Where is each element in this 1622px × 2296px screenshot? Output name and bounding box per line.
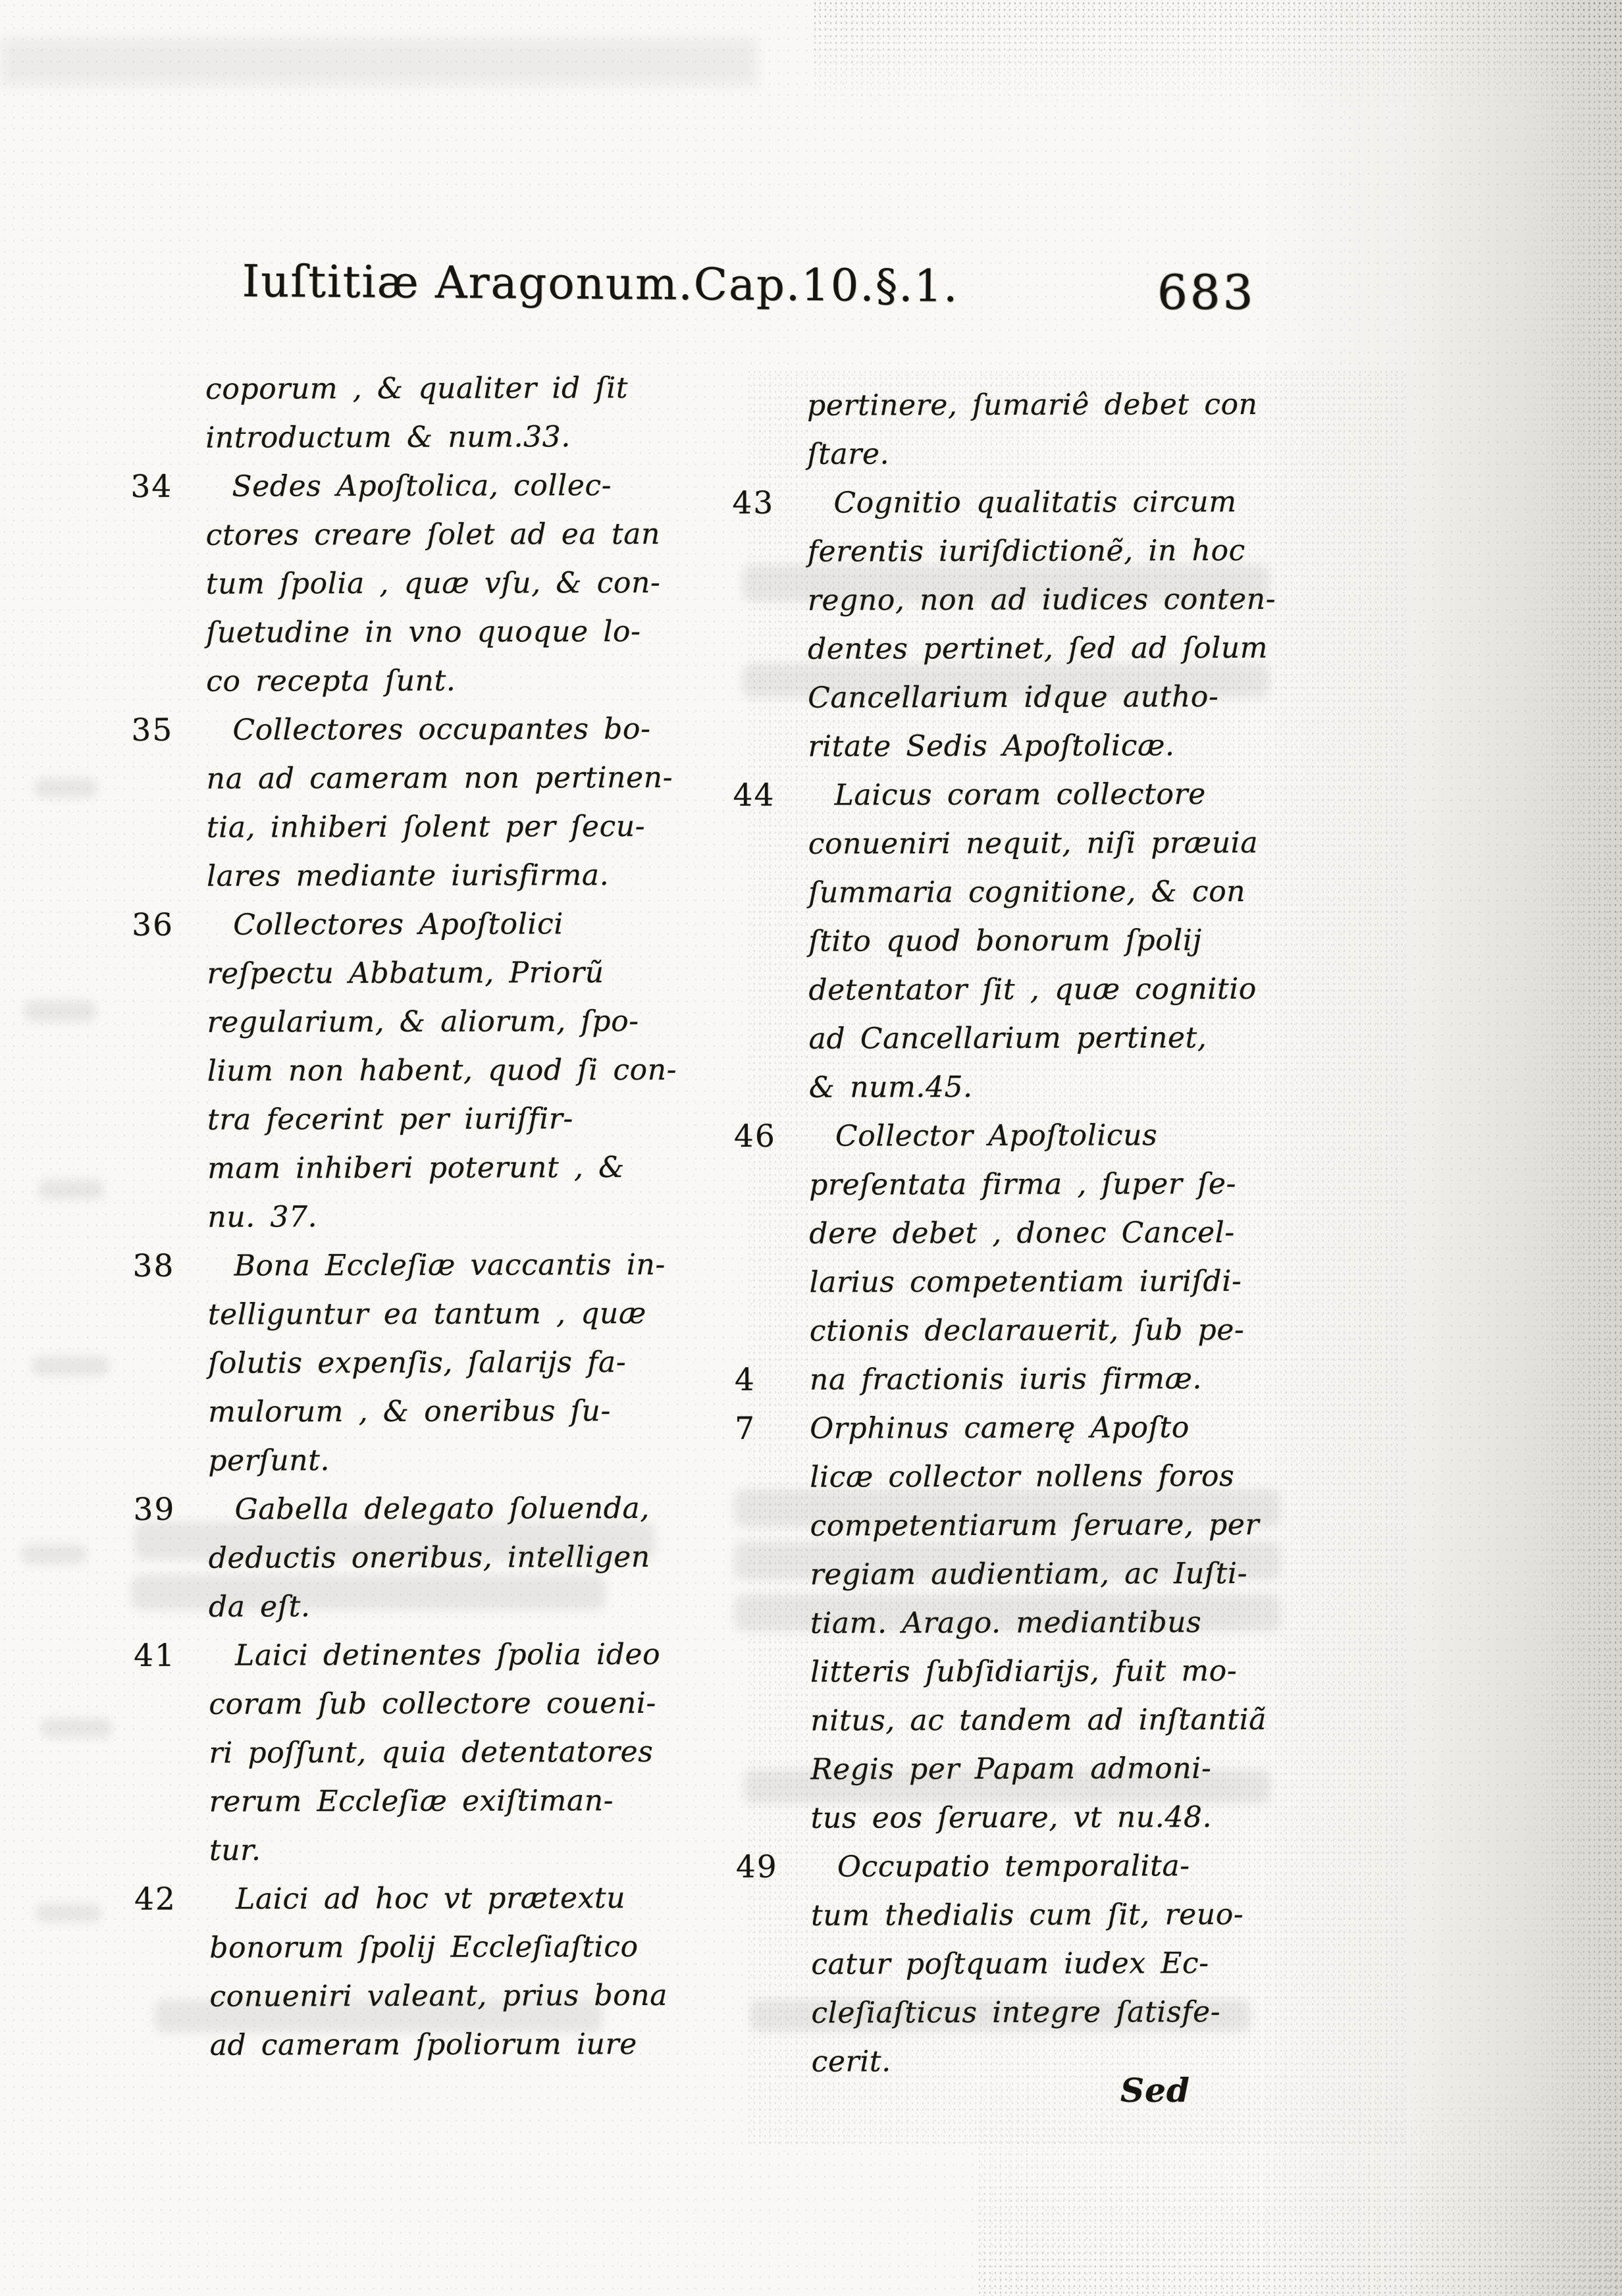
line-text: da eſt. (201, 1582, 311, 1631)
text-line: lium non habent, quod ſi con- (132, 1046, 698, 1096)
entry-number (733, 869, 800, 918)
line-text: reſpectu Abbatum, Priorũ (199, 949, 604, 999)
text-line: dentes pertinet, ſed ad ſolum (733, 624, 1299, 674)
line-text: larius competentiam iuriſdi- (801, 1257, 1242, 1307)
entry-number (132, 804, 199, 852)
line-text: Laicus coram collectore (800, 770, 1206, 820)
text-line: coporum , & qualiter id ſit (130, 364, 696, 414)
text-line: tiam. Arago. mediantibus (735, 1598, 1301, 1648)
text-line: 44Laicus coram collectore (733, 770, 1299, 820)
entry-number (130, 365, 197, 414)
text-line: tia, inhiberi ſolent per ſecu- (132, 802, 698, 852)
text-line: ſuetudine in vno quoque lo- (131, 608, 697, 658)
entry-number (132, 1047, 199, 1096)
line-text: bonorum ſpolij Eccleſiaſtico (201, 1923, 639, 1973)
text-line: tur. (134, 1825, 700, 1875)
line-text: litteris ſubſidiarijs, fuit mo- (802, 1647, 1237, 1697)
text-line: perſunt. (133, 1436, 699, 1486)
line-text: ſummaria cognitione, & con (800, 868, 1245, 918)
line-text: conueniri valeant, prius bona (201, 1971, 667, 2022)
line-text: Cancellarium idque autho- (800, 673, 1218, 723)
text-line: ad cameram ſpoliorum iure (135, 2020, 701, 2070)
text-line: cleſiaſticus integre ſatisfe- (736, 1988, 1302, 2038)
line-text: cerit. (804, 2037, 891, 2086)
text-line: mulorum , & oneribus ſu- (133, 1387, 699, 1437)
line-text: na fractionis iuris firmæ. (802, 1355, 1202, 1405)
line-text: ri poſſunt, quia detentatores (201, 1728, 653, 1778)
entry-number (734, 1259, 801, 1307)
line-text: ſuetudine in vno quoque lo- (198, 608, 641, 658)
line-text: preſentata firma , ſuper ſe- (801, 1160, 1236, 1210)
entry-number (132, 852, 199, 901)
text-line: nitus, ac tandem ad inſtantiã (735, 1696, 1301, 1746)
text-line: dere debet , donec Cancel- (734, 1209, 1300, 1259)
line-text: tiam. Arago. mediantibus (802, 1598, 1202, 1648)
line-text: pertinere, ſumariê debet con (799, 380, 1258, 430)
line-text: Laici ad hoc vt prætextu (201, 1874, 625, 1924)
entry-number (737, 2038, 804, 2087)
line-text: Bona Eccleſiæ vaccantis in- (199, 1241, 666, 1291)
entry-number (735, 1600, 802, 1648)
line-text: co recepta ſunt. (198, 657, 456, 706)
line-text: nitus, ac tandem ad inſtantiã (802, 1696, 1267, 1746)
text-line: 7Orphinus camerę Apoſto (735, 1403, 1301, 1453)
line-text: ad Cancellarium pertinet, (801, 1014, 1207, 1064)
line-text: na ad cameram non pertinen- (199, 754, 673, 804)
entry-number: 41 (134, 1632, 201, 1681)
text-line: 39Gabella delegato ſoluenda, (133, 1484, 699, 1534)
line-text: dentes pertinet, ſed ad ſolum (800, 624, 1268, 674)
entry-number (732, 382, 799, 430)
entry-number (735, 1697, 802, 1746)
entry-number: 42 (134, 1875, 201, 1924)
entry-number (734, 1210, 801, 1259)
text-line: 34Sedes Apoſtolica, collec- (130, 461, 696, 511)
scanned-book-page: Iuſtitiæ Aragonum.Cap.10.§.1. 683 coporu… (0, 0, 1622, 2296)
entry-number (732, 430, 799, 479)
text-line: ſolutis expenſis, ſalarijs fa- (133, 1338, 699, 1388)
line-text: deductis oneribus, intelligen (201, 1533, 650, 1583)
entry-number (132, 1096, 199, 1145)
text-line: cerit. (737, 2037, 1303, 2087)
text-line: ctionis declarauerit, ſub pe- (735, 1306, 1301, 1356)
entry-number (131, 609, 198, 658)
line-text: Gabella delegato ſoluenda, (200, 1484, 650, 1534)
entry-number (131, 511, 198, 560)
line-text: tra fecerint per iuriſfir- (199, 1095, 573, 1144)
entry-number (736, 1892, 803, 1941)
line-text: tia, inhiberi ſolent per ſecu- (199, 802, 646, 852)
text-line: tum thedialis cum ſit, reuo- (736, 1891, 1302, 1941)
entry-number (733, 966, 800, 1015)
entry-number: 39 (133, 1486, 200, 1534)
text-line: 35Collectores occupantes bo- (131, 705, 697, 755)
text-line: 46Collector Apoſtolicus (734, 1111, 1300, 1161)
line-text: detentator ſit , quæ cognitio (800, 965, 1257, 1015)
text-column-right: pertinere, ſumariê debet conſtare.43Cogn… (732, 380, 1303, 2087)
text-line: catur poſtquam iudex Ec- (736, 1939, 1302, 1989)
page-number: 683 (1157, 265, 1255, 320)
entry-number (131, 658, 198, 706)
entry-number (735, 1648, 802, 1697)
entry-number (733, 528, 800, 577)
line-text: perſunt. (200, 1436, 330, 1486)
running-header: Iuſtitiæ Aragonum.Cap.10.§.1. (242, 255, 1078, 313)
entry-number: 38 (132, 1242, 199, 1291)
text-line: preſentata firma , ſuper ſe- (734, 1160, 1300, 1210)
line-text: tum thedialis cum ſit, reuo- (803, 1891, 1243, 1941)
entry-number: 36 (132, 901, 199, 950)
entry-number (733, 723, 800, 771)
entry-number (135, 2022, 202, 2070)
entry-number (735, 1746, 802, 1794)
line-text: Collectores Apoſtolici (199, 900, 563, 949)
entry-number (735, 1307, 802, 1356)
text-line: ſtito quod bonorum ſpolij (733, 916, 1299, 966)
entry-number (736, 1941, 803, 1989)
text-line: conueniri valeant, prius bona (134, 1971, 700, 2022)
text-line: larius competentiam iuriſdi- (734, 1257, 1300, 1307)
text-line: ſummaria cognitione, & con (733, 868, 1299, 918)
text-line: ad Cancellarium pertinet, (734, 1014, 1300, 1064)
entry-number (132, 1193, 199, 1242)
line-text: Collectores occupantes bo- (198, 705, 650, 755)
line-text: cleſiaſticus integre ſatisfe- (803, 1988, 1220, 2038)
line-text: ſolutis expenſis, ſalarijs fa- (200, 1338, 627, 1388)
text-line: ctores creare ſolet ad ea tan (131, 510, 697, 560)
line-text: ſtito quod bonorum ſpolij (800, 916, 1202, 966)
running-header-title: Iuſtitiæ Aragonum.Cap.10.§.1. (242, 255, 958, 312)
text-line: na ad cameram non pertinen- (132, 754, 698, 804)
entry-number (734, 1064, 801, 1112)
line-text: lium non habent, quod ſi con- (199, 1046, 677, 1096)
text-line: regularium, & aliorum, ſpo- (132, 997, 698, 1047)
line-text: introductum & num.33. (197, 413, 571, 462)
entry-number (733, 918, 800, 966)
entry-number (733, 625, 800, 674)
line-text: Occupatio temporalita- (803, 1842, 1190, 1892)
entry-number (133, 1291, 200, 1340)
text-line: ritate Sedis Apoſtolicæ. (733, 721, 1299, 771)
line-text: tus eos ſeruare, vt nu.48. (803, 1793, 1213, 1843)
entry-number: 44 (733, 771, 800, 820)
line-text: licæ collector nollens foros (802, 1452, 1234, 1502)
line-text: ctionis declarauerit, ſub pe- (802, 1306, 1245, 1356)
text-line: 4na fractionis iuris firmæ. (735, 1355, 1301, 1405)
text-line: tum ſpolia , quæ vſu, & con- (131, 559, 697, 609)
entry-number (134, 1827, 201, 1875)
line-text: & num.45. (801, 1063, 973, 1112)
line-text: regularium, & aliorum, ſpo- (199, 997, 639, 1047)
text-line: ferentis iuriſdictionẽ, in hoc (733, 527, 1299, 577)
entry-number (734, 1161, 801, 1210)
entry-number (133, 1388, 200, 1437)
entry-number (132, 950, 199, 999)
line-text: ferentis iuriſdictionẽ, in hoc (800, 527, 1245, 577)
text-line: & num.45. (734, 1062, 1300, 1112)
entry-number: 4 (735, 1356, 802, 1405)
entry-number (133, 1340, 200, 1388)
line-text: tum ſpolia , quæ vſu, & con- (198, 559, 661, 609)
entry-number (134, 1729, 201, 1778)
entry-number (735, 1551, 802, 1600)
entry-number (132, 1145, 199, 1193)
entry-number: 43 (732, 479, 799, 528)
text-line: mam inhiberi poterunt , & (132, 1143, 698, 1193)
entry-number (733, 820, 800, 869)
text-line: licæ collector nollens foros (735, 1452, 1301, 1502)
text-line: Cancellarium idque autho- (733, 673, 1299, 723)
line-text: competentiarum ſeruare, per (802, 1501, 1259, 1551)
entry-number: 46 (734, 1112, 801, 1161)
text-line: lares mediante iurisfirma. (132, 851, 698, 901)
text-line: conueniri nequit, niſi præuia (733, 819, 1299, 869)
entry-number (134, 1583, 201, 1632)
line-text: Sedes Apoſtolica, collec- (197, 461, 612, 511)
entry-number (736, 1989, 803, 2038)
text-line: Regis per Papam admoni- (735, 1744, 1301, 1794)
entry-number (131, 560, 198, 609)
text-line: 41Laici detinentes ſpolia ideo (134, 1631, 700, 1681)
text-line: detentator ſit , quæ cognitio (733, 965, 1299, 1015)
line-text: nu. 37. (199, 1193, 317, 1241)
text-line: da eſt. (134, 1582, 700, 1632)
text-line: coram ſub collectore coueni- (134, 1679, 700, 1729)
entry-number: 49 (736, 1843, 803, 1892)
line-text: tur. (201, 1826, 261, 1875)
text-line: 49Occupatio temporalita- (736, 1842, 1302, 1892)
line-text: ctores creare ſolet ad ea tan (198, 510, 661, 560)
entry-number (735, 1502, 802, 1551)
line-text: Collector Apoſtolicus (801, 1111, 1158, 1161)
text-line: ſtare. (732, 429, 1298, 479)
line-text: mam inhiberi poterunt , & (199, 1143, 625, 1193)
entry-number: 34 (130, 463, 197, 511)
line-text: ritate Sedis Apoſtolicæ. (800, 721, 1174, 771)
line-text: catur poſtquam iudex Ec- (803, 1939, 1209, 1989)
page-content: Iuſtitiæ Aragonum.Cap.10.§.1. 683 coporu… (0, 0, 1622, 2296)
entry-number (133, 1437, 200, 1486)
text-line: nu. 37. (132, 1192, 698, 1242)
entry-number (736, 1794, 803, 1843)
text-column-left: coporum , & qualiter id ſitintroductum &… (130, 364, 701, 2070)
entry-number (735, 1453, 802, 1502)
entry-number (130, 414, 197, 463)
text-line: 43Cognitio qualitatis circum (732, 478, 1298, 528)
line-text: Regis per Papam admoni- (802, 1744, 1211, 1794)
line-text: telliguntur ea tantum , quæ (200, 1290, 646, 1340)
text-line: rerum Eccleſiæ exiſtiman- (134, 1777, 700, 1827)
text-line: co recepta ſunt. (131, 656, 697, 706)
text-line: litteris ſubſidiarijs, fuit mo- (735, 1647, 1301, 1697)
line-text: Laici detinentes ſpolia ideo (201, 1631, 660, 1681)
text-line: 36Collectores Apoſtolici (132, 900, 698, 950)
line-text: coporum , & qualiter id ſit (197, 364, 628, 414)
text-line: introductum & num.33. (130, 413, 696, 463)
text-line: tra fecerint per iuriſfir- (132, 1095, 698, 1145)
entry-number (734, 1015, 801, 1064)
entry-number (132, 999, 199, 1047)
line-text: Cognitio qualitatis circum (799, 478, 1236, 528)
text-line: tus eos ſeruare, vt nu.48. (736, 1793, 1302, 1843)
text-line: pertinere, ſumariê debet con (732, 380, 1298, 430)
text-line: ri poſſunt, quia detentatores (134, 1728, 700, 1778)
line-text: rerum Eccleſiæ exiſtiman- (201, 1777, 614, 1827)
entry-number (132, 755, 199, 804)
entry-number (134, 1973, 201, 2022)
catchword: Sed (1120, 2071, 1190, 2110)
entry-number (733, 577, 800, 625)
line-text: coram ſub collectore coueni- (201, 1679, 656, 1729)
entry-number (733, 674, 800, 723)
text-line: regiam audientiam, ac Iuſti- (735, 1550, 1301, 1600)
text-line: deductis oneribus, intelligen (134, 1533, 700, 1583)
text-line: bonorum ſpolij Eccleſiaſtico (134, 1923, 700, 1973)
line-text: Orphinus camerę Apoſto (802, 1403, 1190, 1453)
text-line: regno, non ad iudices conten- (733, 575, 1299, 625)
text-line: reſpectu Abbatum, Priorũ (132, 949, 698, 999)
line-text: conueniri nequit, niſi præuia (800, 819, 1259, 869)
text-line: 38Bona Eccleſiæ vaccantis in- (132, 1241, 698, 1291)
line-text: ad cameram ſpoliorum iure (202, 2020, 637, 2070)
text-line: competentiarum ſeruare, per (735, 1501, 1301, 1551)
line-text: lares mediante iurisfirma. (199, 851, 609, 901)
line-text: ſtare. (799, 430, 889, 479)
entry-number: 35 (131, 706, 198, 755)
line-text: regno, non ad iudices conten- (800, 575, 1276, 625)
entry-number (134, 1681, 201, 1729)
line-text: mulorum , & oneribus ſu- (200, 1387, 611, 1437)
text-line: telliguntur ea tantum , quæ (133, 1290, 699, 1340)
line-text: dere debet , donec Cancel- (801, 1209, 1235, 1259)
text-line: 42Laici ad hoc vt prætextu (134, 1874, 700, 1924)
entry-number (134, 1534, 201, 1583)
entry-number (134, 1778, 201, 1827)
line-text: regiam audientiam, ac Iuſti- (802, 1550, 1248, 1600)
entry-number (134, 1924, 201, 1973)
entry-number: 7 (735, 1405, 802, 1453)
